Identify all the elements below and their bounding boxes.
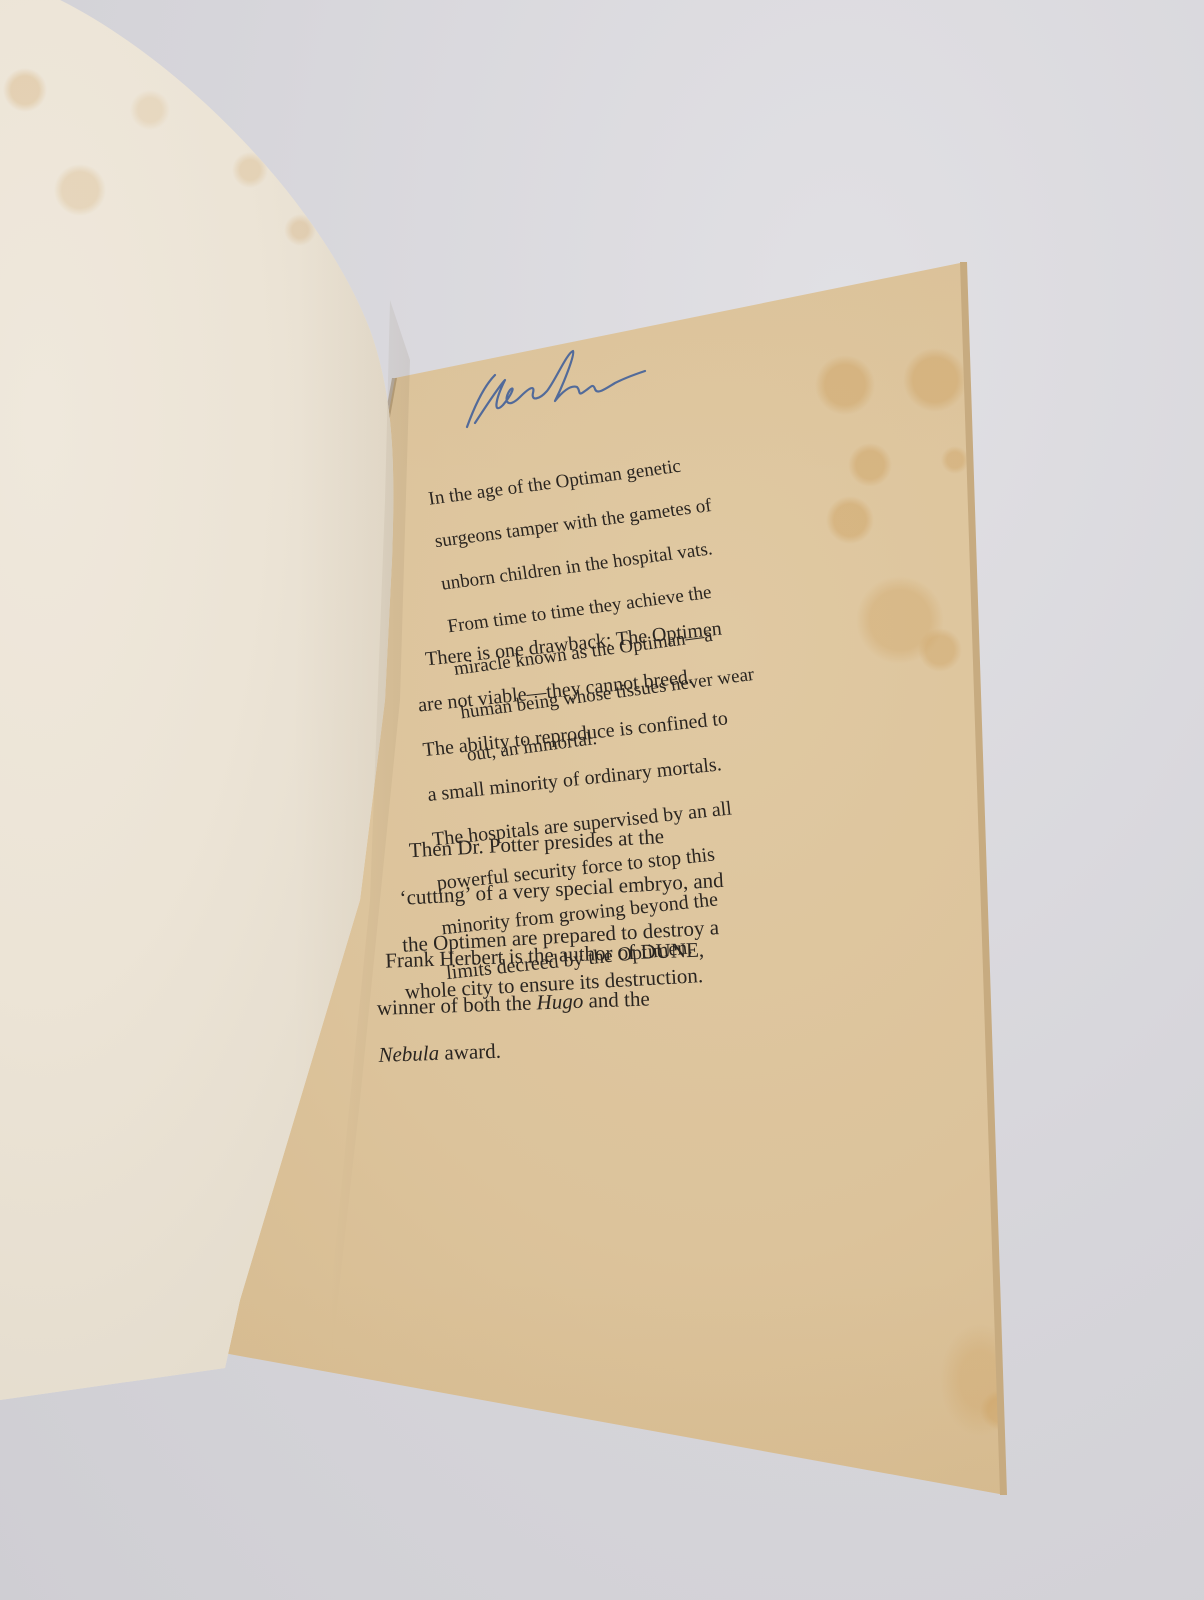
- text-line: Then Dr. Potter presides at the: [396, 816, 817, 863]
- author-line: Frank Herbert is the author of DUNE,: [385, 937, 705, 972]
- award-name-hugo: Hugo: [536, 988, 583, 1014]
- text-fragment: winner of both the: [376, 990, 537, 1020]
- author-note: Frank Herbert is the author of DUNE, win…: [374, 911, 800, 1100]
- text-line: winner of both the Hugo and the: [376, 982, 797, 1020]
- paragraph-4: Frank Herbert is the author of DUNE, win…: [374, 911, 799, 1090]
- text-line: ‘cutting’ of a very special embryo, and: [399, 863, 820, 910]
- text-fragment: and the: [583, 986, 650, 1012]
- text-line: Frank Herbert is the author of DUNE,: [375, 935, 796, 973]
- handwritten-signature-icon: [455, 345, 655, 435]
- photo-scene: In the age of the Optiman genetic surgeo…: [0, 0, 1204, 1600]
- text-fragment: award.: [439, 1038, 502, 1064]
- text-line: Nebula award.: [378, 1029, 799, 1067]
- award-name-nebula: Nebula: [378, 1040, 439, 1066]
